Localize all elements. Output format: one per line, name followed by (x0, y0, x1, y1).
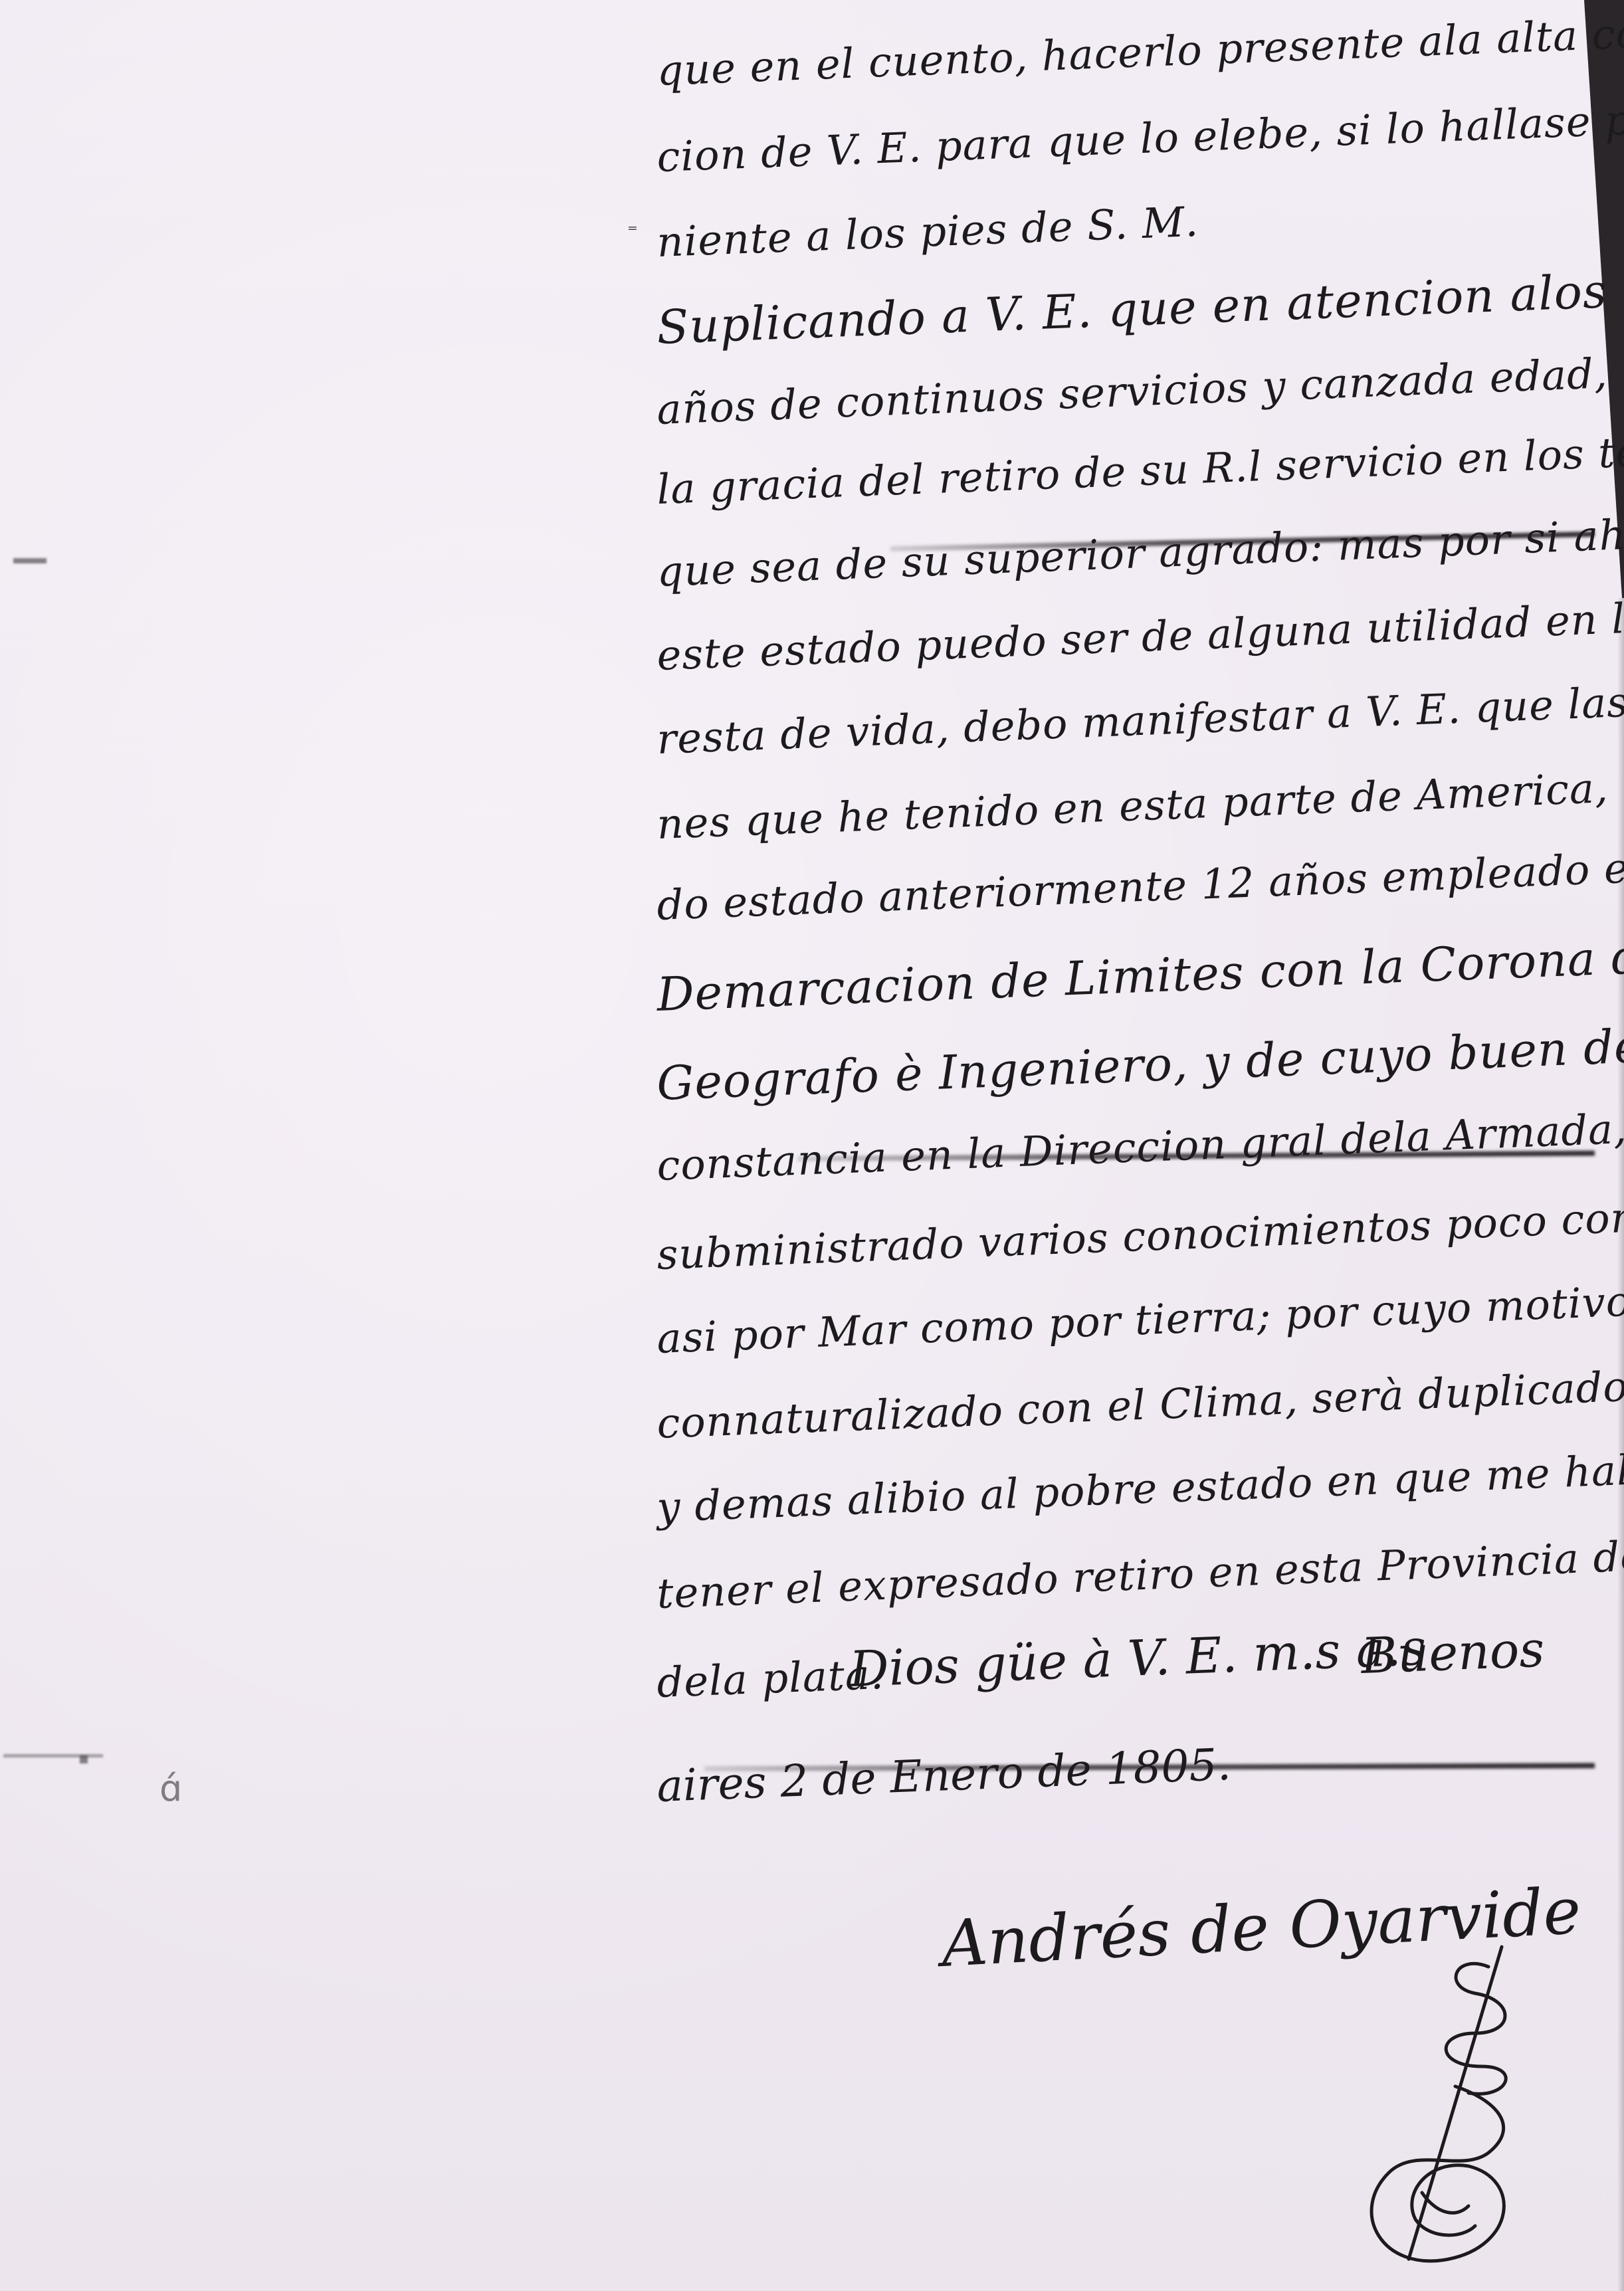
flourish-icon (1322, 1927, 1535, 2272)
letter-line: asi por Mar como por tierra; por cuyo mo… (656, 1270, 1624, 1363)
letter-line: Suplicando a V. E. que en atencion alos … (656, 249, 1624, 355)
margin-smudge (13, 558, 47, 563)
letter-line: Demarcacion de Limites con la Corona de … (656, 917, 1624, 1022)
letter-line: este estado puedo ser de alguna utilidad… (656, 587, 1624, 680)
closing-date: aires 2 de Enero de 1805. (656, 1739, 1232, 1812)
closing-place: Buenos (1360, 1621, 1546, 1685)
letter-line: nes que he tenido en esta parte de Ameri… (656, 757, 1624, 848)
letter-line: constancia en la Direccion gral dela Arm… (656, 1098, 1624, 1190)
letter-line: tener el expresado retiro en esta Provin… (656, 1528, 1624, 1618)
margin-mark: ⁼ (627, 221, 638, 244)
letter-line: años de continuos servicios y canzada ed… (656, 339, 1624, 434)
letter-line: cion de V. E. para que lo elebe, si lo h… (656, 86, 1624, 181)
letter-line: connaturalizado con el Clima, serà dupli… (656, 1354, 1624, 1448)
manuscript-page: ⁼ ɑ́ que en el cuento, hacerlo presente … (0, 0, 1624, 2291)
margin-mark: ɑ́ (159, 1767, 182, 1809)
letter-line: do estado anteriormente 12 años empleado… (656, 841, 1624, 930)
letter-line: y demas alibio al pobre estado en que me… (656, 1441, 1624, 1532)
closing-formula: Dios güe à V. E. m.s a.s (849, 1619, 1427, 1698)
letter-line: que sea de su superior agrado: mas por s… (656, 506, 1624, 596)
letter-line: resta de vida, debo manifestar a V. E. q… (656, 670, 1624, 763)
letter-line: que en el cuento, hacerlo presente ala a… (656, 1, 1624, 95)
letter-line: subministrado varios conocimientos poco … (656, 1189, 1624, 1279)
margin-smudge (3, 1754, 103, 1757)
letter-line: Geografo è Ingeniero, y de cuyo buen des… (656, 1007, 1624, 1111)
letter-line: la gracia del retiro de su R.l servicio … (656, 422, 1624, 514)
margin-smudge (80, 1755, 88, 1763)
letter-line: niente a los pies de S. M. (656, 197, 1199, 266)
